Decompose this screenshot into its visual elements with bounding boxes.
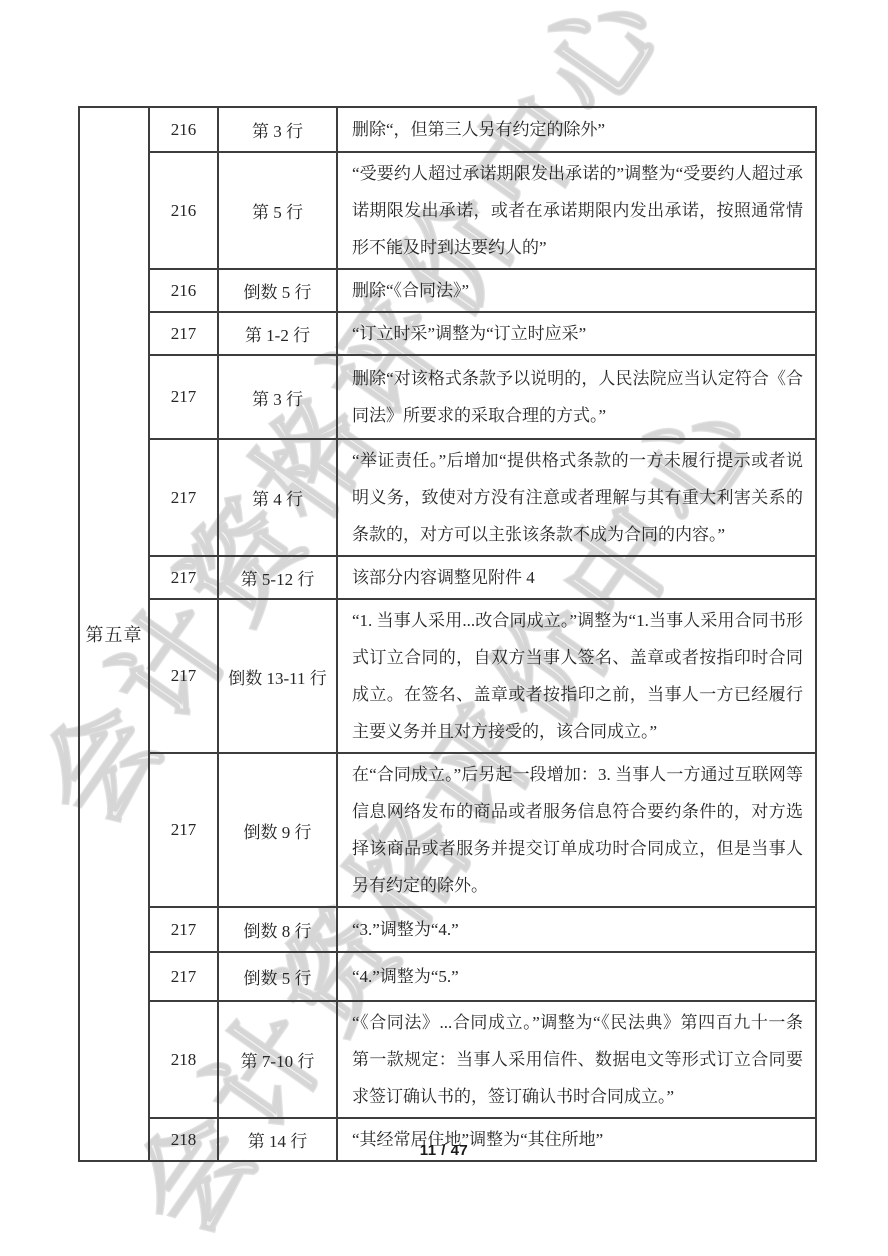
- page-cell: 216: [149, 269, 218, 312]
- line-cell: 倒数 13-11 行: [218, 599, 337, 753]
- table-row: 218第 7-10 行“《合同法》...合同成立。”调整为“《民法典》第四百九十…: [79, 1001, 816, 1118]
- page-cell: 216: [149, 152, 218, 269]
- page-cell: 218: [149, 1001, 218, 1118]
- table-row: 217第 4 行“举证责任。”后增加“提供格式条款的一方未履行提示或者说明义务，…: [79, 439, 816, 556]
- line-cell: 第 4 行: [218, 439, 337, 556]
- content-cell: “1. 当事人采用...改合同成立。”调整为“1.当事人采用合同书形式订立合同的…: [337, 599, 816, 753]
- document-page: 会计资格评价中心 会计资格评价中心 第五章216第 3 行删除“，但第三人另有约…: [0, 0, 888, 1256]
- line-cell: 第 7-10 行: [218, 1001, 337, 1118]
- page-cell: 217: [149, 753, 218, 907]
- page-cell: 217: [149, 355, 218, 439]
- page-cell: 217: [149, 952, 218, 1001]
- table-row: 217倒数 13-11 行“1. 当事人采用...改合同成立。”调整为“1.当事…: [79, 599, 816, 753]
- content-cell: “举证责任。”后增加“提供格式条款的一方未履行提示或者说明义务，致使对方没有注意…: [337, 439, 816, 556]
- content-cell: 删除“对该格式条款予以说明的，人民法院应当认定符合《合同法》所要求的采取合理的方…: [337, 355, 816, 439]
- content-cell: “3.”调整为“4.”: [337, 907, 816, 952]
- table-row: 217倒数 8 行“3.”调整为“4.”: [79, 907, 816, 952]
- content-cell: “受要约人超过承诺期限发出承诺的”调整为“受要约人超过承诺期限发出承诺，或者在承…: [337, 152, 816, 269]
- table-row: 217倒数 9 行在“合同成立。”后另起一段增加：3. 当事人一方通过互联网等信…: [79, 753, 816, 907]
- content-cell: “4.”调整为“5.”: [337, 952, 816, 1001]
- table-row: 217第 3 行删除“对该格式条款予以说明的，人民法院应当认定符合《合同法》所要…: [79, 355, 816, 439]
- line-cell: 倒数 5 行: [218, 269, 337, 312]
- page-indicator: 11 / 47: [0, 1142, 888, 1159]
- page-cell: 217: [149, 907, 218, 952]
- table-row: 第五章216第 3 行删除“，但第三人另有约定的除外”: [79, 107, 816, 152]
- content-cell: 该部分内容调整见附件 4: [337, 556, 816, 599]
- line-cell: 第 5-12 行: [218, 556, 337, 599]
- table-row: 217第 1-2 行“订立时采”调整为“订立时应采”: [79, 312, 816, 355]
- line-cell: 倒数 5 行: [218, 952, 337, 1001]
- table-row: 216第 5 行“受要约人超过承诺期限发出承诺的”调整为“受要约人超过承诺期限发…: [79, 152, 816, 269]
- page-cell: 217: [149, 439, 218, 556]
- content-cell: 在“合同成立。”后另起一段增加：3. 当事人一方通过互联网等信息网络发布的商品或…: [337, 753, 816, 907]
- line-cell: 第 5 行: [218, 152, 337, 269]
- content-cell: “订立时采”调整为“订立时应采”: [337, 312, 816, 355]
- table-row: 217第 5-12 行该部分内容调整见附件 4: [79, 556, 816, 599]
- page-cell: 217: [149, 312, 218, 355]
- line-cell: 第 3 行: [218, 107, 337, 152]
- content-cell: 删除“，但第三人另有约定的除外”: [337, 107, 816, 152]
- line-cell: 倒数 8 行: [218, 907, 337, 952]
- revision-table: 第五章216第 3 行删除“，但第三人另有约定的除外”216第 5 行“受要约人…: [78, 106, 817, 1162]
- line-cell: 第 3 行: [218, 355, 337, 439]
- chapter-cell: 第五章: [79, 107, 149, 1161]
- revision-table-body: 第五章216第 3 行删除“，但第三人另有约定的除外”216第 5 行“受要约人…: [79, 107, 816, 1161]
- page-cell: 217: [149, 599, 218, 753]
- table-row: 216倒数 5 行删除“《合同法》”: [79, 269, 816, 312]
- line-cell: 倒数 9 行: [218, 753, 337, 907]
- table-row: 217倒数 5 行“4.”调整为“5.”: [79, 952, 816, 1001]
- page-cell: 217: [149, 556, 218, 599]
- page-cell: 216: [149, 107, 218, 152]
- content-cell: 删除“《合同法》”: [337, 269, 816, 312]
- content-cell: “《合同法》...合同成立。”调整为“《民法典》第四百九十一条第一款规定：当事人…: [337, 1001, 816, 1118]
- line-cell: 第 1-2 行: [218, 312, 337, 355]
